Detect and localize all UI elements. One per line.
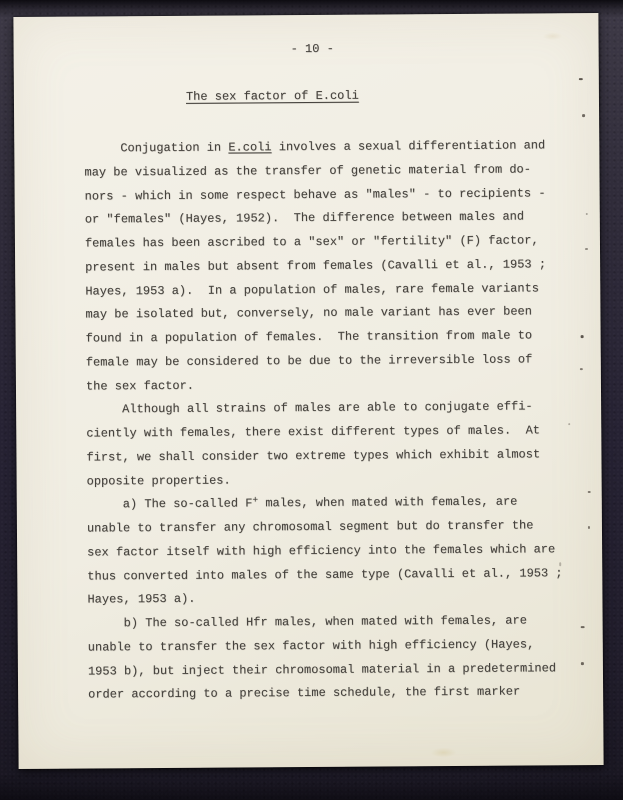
line-segment: may be isolated but, conversely, no male…: [85, 305, 532, 322]
line-segment: Although all strains of males are able t…: [122, 400, 533, 417]
paper-speck: [581, 626, 585, 628]
paper-speck: [559, 562, 561, 566]
text-line: unable to transfer the sex factor with h…: [88, 633, 580, 660]
line-segment: opposite properties.: [87, 473, 231, 488]
text-line: Although all strains of males are able t…: [86, 395, 578, 422]
line-segment: females has been ascribed to a "sex" or …: [85, 233, 539, 250]
line-segment: nors - which in some respect behave as "…: [85, 186, 546, 203]
paper-speck: [582, 114, 585, 117]
line-segment: may be visualized as the transfer of gen…: [84, 162, 531, 179]
body-text: Conjugation in E.coli involves a sexual …: [84, 134, 580, 707]
line-segment: thus converted into males of the same ty…: [87, 566, 562, 583]
line-segment: males, when mated with females, are: [258, 495, 517, 511]
line-segment: b) The so-called Hfr males, when mated w…: [124, 613, 527, 630]
paper-speck: [579, 78, 583, 80]
paper-stain: [539, 31, 565, 41]
line-segment: or "females" (Hayes, 1952). The differen…: [85, 210, 524, 227]
line-segment: order according to a precise time schedu…: [88, 685, 520, 702]
margin-marks: [13, 13, 598, 17]
document-page: - 10 - The sex factor of E.coli Conjugat…: [13, 13, 603, 769]
text-line: females has been ascribed to a "sex" or …: [85, 229, 577, 256]
line-segment: 1953 b), but inject their chromosomal ma…: [88, 661, 556, 678]
text-line: female may be considered to be due to th…: [86, 348, 578, 375]
text-line: Hayes, 1953 a).: [87, 585, 579, 612]
text-line: Conjugation in E.coli involves a sexual …: [84, 134, 576, 161]
text-line: opposite properties.: [87, 467, 579, 494]
paper-speck: [588, 526, 590, 529]
paper-speck: [586, 213, 588, 215]
text-line: may be isolated but, conversely, no male…: [85, 300, 577, 327]
line-segment: E.coli: [228, 140, 271, 154]
line-segment: first, we shall consider two extreme typ…: [86, 447, 540, 464]
text-line: sex factor itself with high efficiency i…: [87, 538, 579, 565]
text-line: the sex factor.: [86, 372, 578, 399]
text-line: may be visualized as the transfer of gen…: [84, 158, 576, 185]
line-segment: Hayes, 1953 a).: [87, 592, 195, 607]
paper-speck: [581, 662, 584, 665]
paper-speck: [588, 491, 591, 493]
line-segment: found in a population of females. The tr…: [86, 328, 533, 345]
paper-speck: [580, 368, 583, 370]
line-segment: unable to transfer any chromosomal segme…: [87, 518, 534, 535]
text-line: 1953 b), but inject their chromosomal ma…: [88, 657, 580, 684]
line-segment: ciently with females, there exist differ…: [86, 423, 540, 440]
text-line: found in a population of females. The tr…: [86, 324, 578, 351]
paper-stain: [426, 746, 460, 759]
text-line: order according to a precise time schedu…: [88, 680, 580, 707]
paper-speck: [568, 423, 570, 425]
text-line: thus converted into males of the same ty…: [87, 562, 579, 589]
superscript-text: +: [252, 495, 258, 506]
text-line: first, we shall consider two extreme typ…: [86, 443, 578, 470]
line-segment: involves a sexual differentiation and: [271, 138, 545, 154]
text-line: present in males but absent from females…: [85, 253, 577, 280]
text-line: unable to transfer any chromosomal segme…: [87, 514, 579, 541]
line-segment: female may be considered to be due to th…: [86, 352, 533, 369]
paper-speck: [581, 335, 584, 338]
line-segment: Hayes, 1953 a). In a population of males…: [85, 281, 539, 298]
line-segment: Conjugation in: [120, 141, 228, 156]
line-segment: a) The so-called F: [123, 497, 253, 512]
line-segment: unable to transfer the sex factor with h…: [88, 637, 535, 654]
page-number: - 10 -: [291, 42, 334, 56]
scan-background: - 10 - The sex factor of E.coli Conjugat…: [0, 0, 623, 800]
text-line: Hayes, 1953 a). In a population of males…: [85, 277, 577, 304]
text-line: b) The so-called Hfr males, when mated w…: [88, 609, 580, 636]
page-title: The sex factor of E.coli: [186, 89, 359, 104]
text-line: a) The so-called F+ males, when mated wi…: [87, 490, 579, 517]
line-segment: present in males but absent from females…: [85, 257, 546, 274]
text-line: nors - which in some respect behave as "…: [85, 182, 577, 209]
line-segment: the sex factor.: [86, 378, 194, 393]
text-line: or "females" (Hayes, 1952). The differen…: [85, 205, 577, 232]
line-segment: sex factor itself with high efficiency i…: [87, 542, 555, 559]
paper-speck: [585, 248, 588, 250]
text-line: ciently with females, there exist differ…: [86, 419, 578, 446]
